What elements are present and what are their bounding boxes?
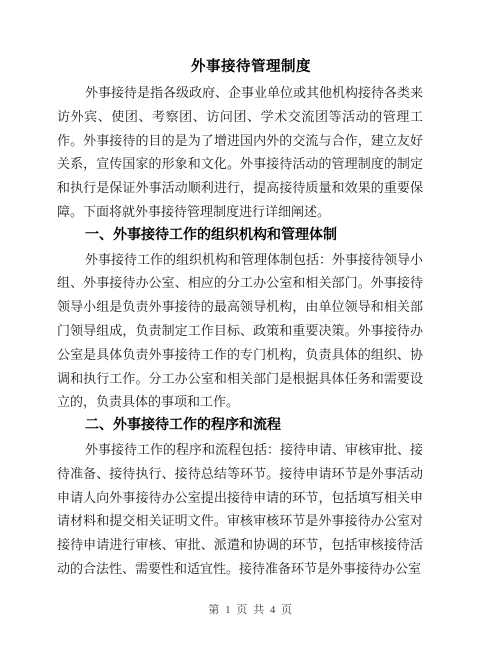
page-number-label: 第 1 页 共 4 页 bbox=[208, 604, 293, 616]
section-heading: 二、外事接待工作的程序和流程 bbox=[57, 414, 423, 438]
page-footer: 第 1 页 共 4 页 bbox=[0, 602, 502, 618]
section-heading: 一、外事接待工作的组织机构和管理体制 bbox=[57, 224, 423, 248]
document-page: 外事接待管理制度 外事接待是指各级政府、企事业单位或其他机构接待各类来访外宾、使… bbox=[0, 0, 502, 649]
body-paragraph: 外事接待工作的组织机构和管理体制包括：外事接待领导小组、外事接待办公室、相应的分… bbox=[57, 248, 423, 415]
body-paragraph: 外事接待是指各级政府、企事业单位或其他机构接待各类来访外宾、使团、考察团、访问团… bbox=[57, 81, 423, 224]
document-body: 外事接待是指各级政府、企事业单位或其他机构接待各类来访外宾、使团、考察团、访问团… bbox=[57, 81, 423, 581]
body-paragraph: 外事接待工作的程序和流程包括：接待申请、审核审批、接待准备、接待执行、接待总结等… bbox=[57, 438, 423, 581]
document-title: 外事接待管理制度 bbox=[0, 55, 502, 79]
